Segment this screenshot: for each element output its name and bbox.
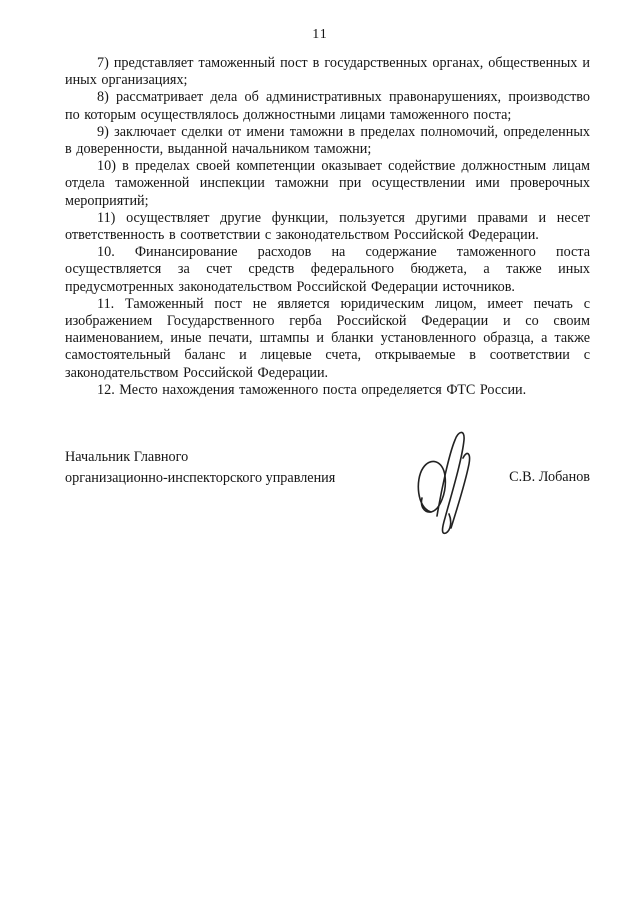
paragraph-item-7: 7) представляет таможенный пост в госуда… <box>65 55 590 89</box>
page-number: 11 <box>0 26 640 43</box>
document-page: 11 7) представляет таможенный пост в гос… <box>0 0 640 900</box>
paragraph-clause-10: 10. Финансирование расходов на содержани… <box>65 244 590 296</box>
paragraph-item-10: 10) в пределах своей компетенции оказыва… <box>65 158 590 210</box>
signer-name: С.В. Лобанов <box>509 467 590 489</box>
paragraph-item-9: 9) заключает сделки от имени таможни в п… <box>65 124 590 158</box>
signer-title-line1: Начальник Главного <box>65 447 335 468</box>
paragraph-item-8: 8) рассматривает дела об административны… <box>65 89 590 123</box>
signer-title: Начальник Главного организационно-инспек… <box>65 447 335 488</box>
paragraph-item-11: 11) осуществляет другие функции, пользуе… <box>65 210 590 244</box>
paragraph-clause-11: 11. Таможенный пост не является юридичес… <box>65 296 590 382</box>
signer-title-line2: организационно-инспекторского управления <box>65 468 335 489</box>
paragraph-clause-12: 12. Место нахождения таможенного поста о… <box>65 382 590 399</box>
signature-block: Начальник Главного организационно-инспек… <box>65 447 590 488</box>
document-text-block: 7) представляет таможенный пост в госуда… <box>65 55 590 399</box>
